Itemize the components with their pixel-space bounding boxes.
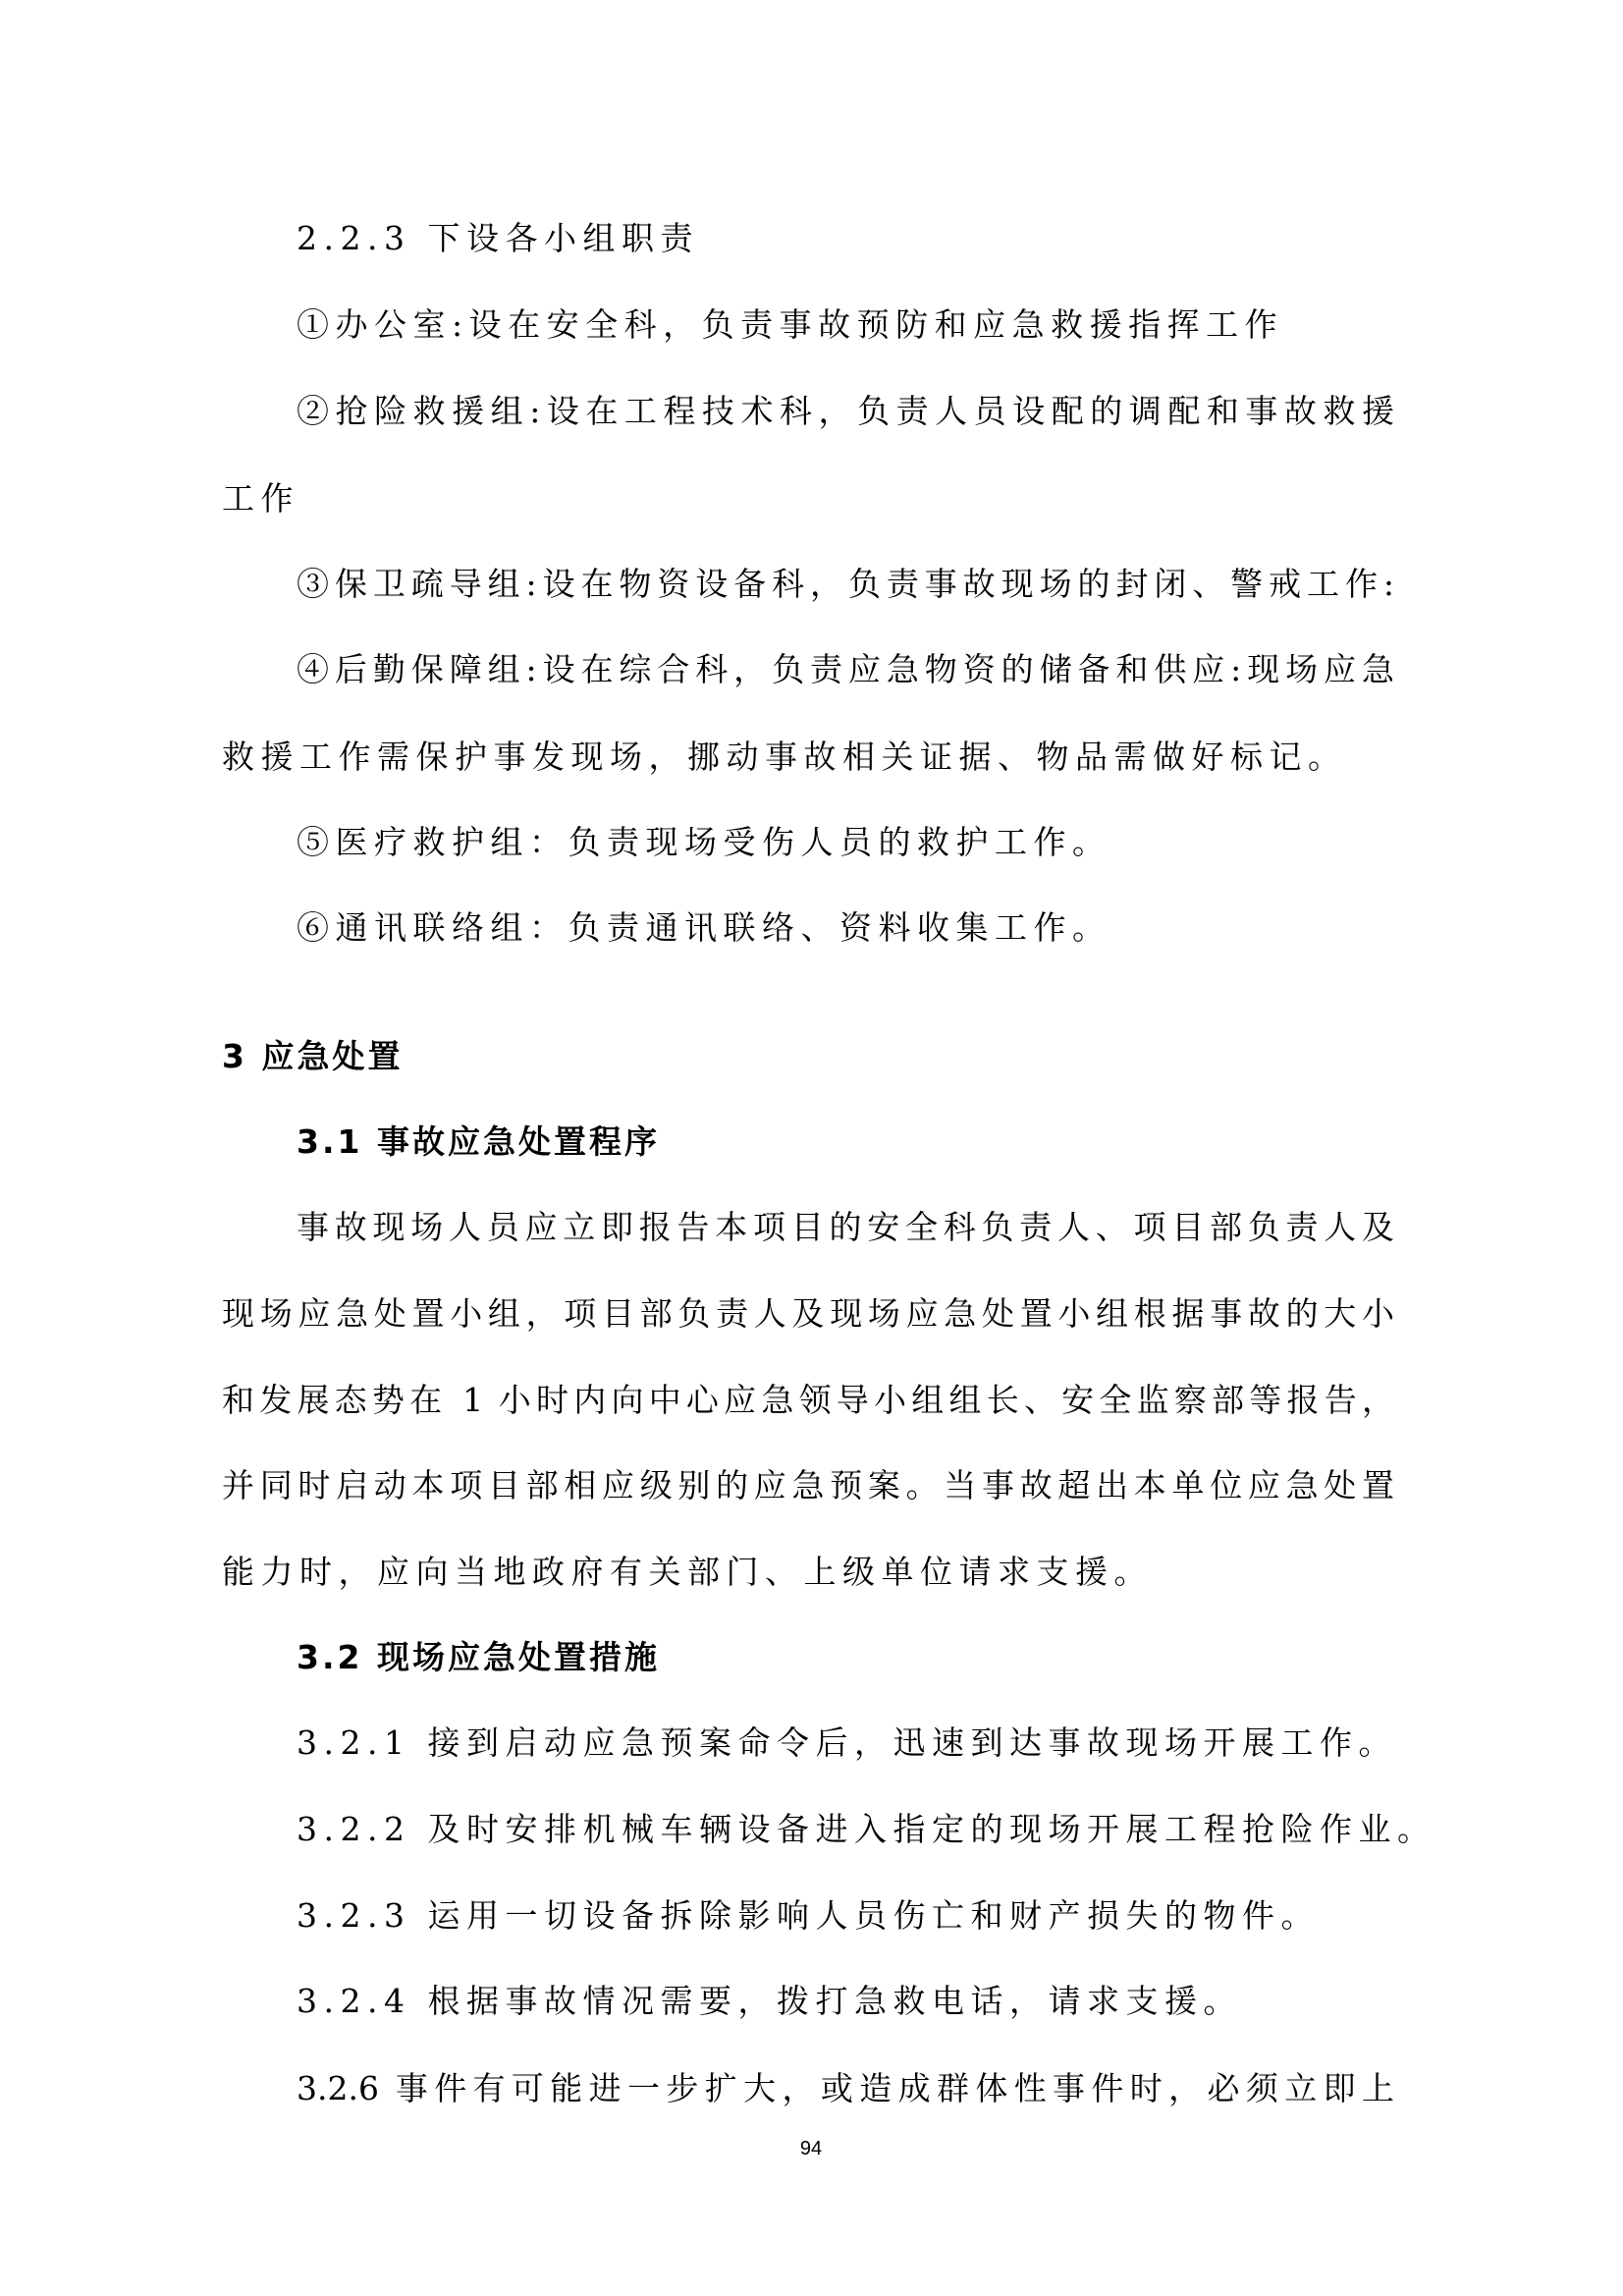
measure-item-3-2-1: 3.2.1 接到启动应急预案命令后，迅速到达事故现场开展工作。 [297, 1714, 1394, 1773]
paragraph-line: 现场应急处置小组，项目部负责人及现场应急处置小组根据事故的大小 [222, 1285, 1394, 1343]
paragraph-line: 和发展态势在 1 小时内向中心应急领导小组组长、安全监察部等报告， [222, 1371, 1394, 1430]
measure-item-3-2-2: 3.2.2 及时安排机械车辆设备进入指定的现场开展工程抢险作业。 [297, 1800, 1394, 1859]
measure-item-3-2-3: 3.2.3 运用一切设备拆除影响人员伤亡和财产损失的物件。 [297, 1886, 1394, 1945]
list-item-logistics-group-continued: 救援工作需保护事发现场，挪动事故相关证据、物品需做好标记。 [222, 728, 1394, 787]
list-item-communication-group: ⑥通讯联络组：负责通讯联络、资料收集工作。 [297, 899, 1394, 957]
list-item-security-group: ③保卫疏导组:设在物资设备科，负责事故现场的封闭、警戒工作: [297, 555, 1394, 614]
list-item-logistics-group: ④后勤保障组:设在综合科，负责应急物资的储备和供应:现场应急 [297, 640, 1394, 699]
measure-item-3-2-4: 3.2.4 根据事故情况需要，拨打急救电话，请求支援。 [297, 1972, 1394, 2031]
list-item-rescue-group-continued: 工作 [222, 469, 1394, 528]
paragraph-line: 并同时启动本项目部相应级别的应急预案。当事故超出本单位应急处置 [222, 1456, 1394, 1515]
section-title-3: 3 应急处置 [222, 1027, 1394, 1086]
list-item-office: ①办公室:设在安全科，负责事故预防和应急救援指挥工作 [297, 296, 1394, 355]
list-item-medical-group: ⑤医疗救护组：负责现场受伤人员的救护工作。 [297, 813, 1394, 872]
list-item-rescue-group: ②抢险救援组:设在工程技术科，负责人员设配的调配和事故救援 [297, 382, 1394, 441]
subsection-title-3-2: 3.2 现场应急处置措施 [297, 1628, 1394, 1687]
measure-item-3-2-6: 3.2.6 事件有可能进一步扩大，或造成群体性事件时，必须立即上 [297, 2059, 1394, 2118]
paragraph-line: 能力时，应向当地政府有关部门、上级单位请求支援。 [222, 1543, 1394, 1602]
paragraph-line: 事故现场人员应立即报告本项目的安全科负责人、项目部负责人及 [297, 1198, 1394, 1257]
document-page: 2.2.3 下设各小组职责 ①办公室:设在安全科，负责事故预防和应急救援指挥工作… [0, 0, 1623, 2296]
page-number: 94 [762, 2137, 860, 2160]
subsection-title-2-2-3: 2.2.3 下设各小组职责 [297, 209, 1394, 268]
subsection-title-3-1: 3.1 事故应急处置程序 [297, 1113, 1394, 1172]
